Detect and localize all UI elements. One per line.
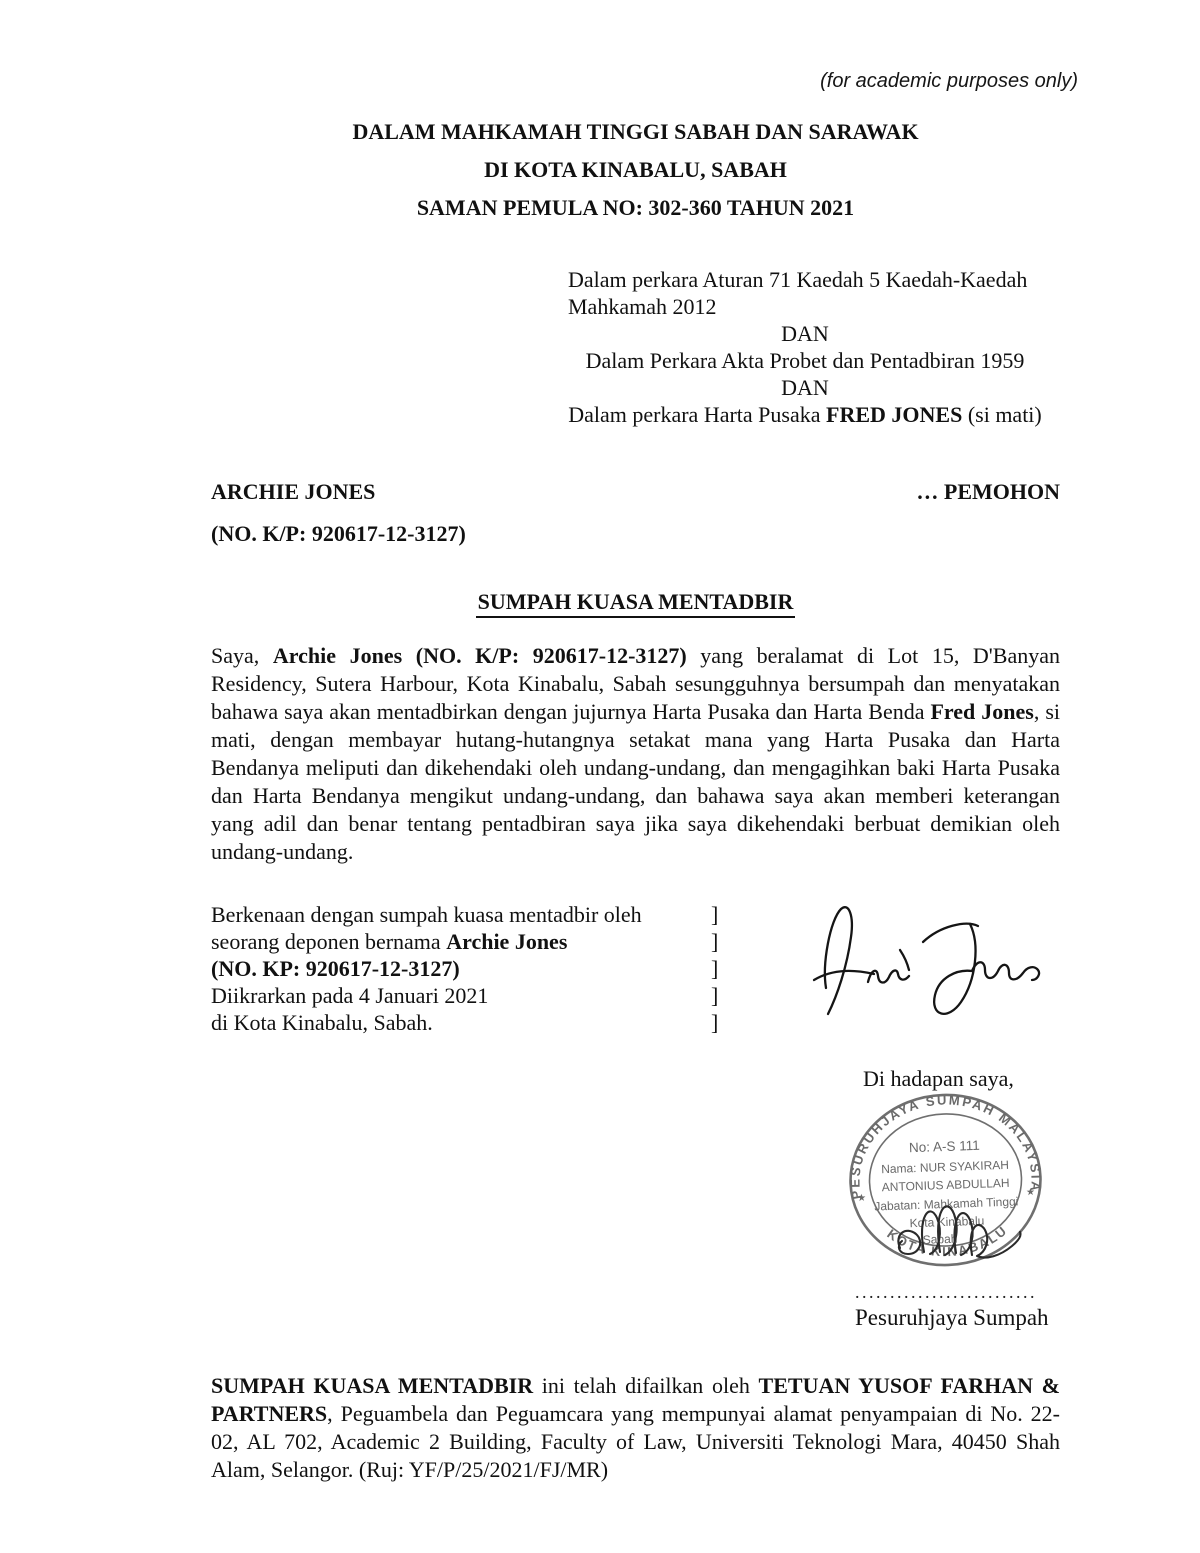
applicant-name: ARCHIE JONES <box>211 479 375 505</box>
commissioner-role-label: Pesuruhjaya Sumpah <box>855 1305 1049 1331</box>
attestation-row: Diikrarkan pada 4 Januari 2021 ] <box>211 982 751 1009</box>
applicant-id-number: (NO. K/P: 920617-12-3127) <box>211 521 466 547</box>
stamp-name-line1: Nama: NUR SYAKIRAH <box>881 1158 1009 1176</box>
court-heading-line1: DALAM MAHKAMAH TINGGI SABAH DAN SARAWAK <box>211 119 1060 145</box>
court-heading-line2: DI KOTA KINABALU, SABAH <box>211 157 1060 183</box>
star-icon: ★ <box>857 1193 866 1204</box>
commissioner-signature <box>890 1188 1040 1273</box>
before-me-label: Di hadapan saya, <box>863 1066 1014 1092</box>
document-title: SUMPAH KUASA MENTADBIR <box>476 589 796 618</box>
attestation-row: (NO. KP: 920617-12-3127) ] <box>211 955 751 982</box>
attestation-text: di Kota Kinabalu, Sabah. <box>211 1010 433 1035</box>
attestation-text: Diikrarkan pada 4 Januari 2021 <box>211 983 488 1008</box>
jurat-bracket: ] <box>711 928 718 955</box>
applicant-signature <box>810 892 1045 1032</box>
document-page: (for academic purposes only) DALAM MAHKA… <box>0 0 1200 1553</box>
attestation-row: seorang deponen bernama Archie Jones ] <box>211 928 751 955</box>
stamp-commissioner-no: No: A-S 111 <box>909 1138 980 1155</box>
oath-paragraph: Saya, Archie Jones (NO. K/P: 920617-12-3… <box>211 642 1060 866</box>
jurat-bracket: ] <box>711 955 718 982</box>
matter-line-4: Dalam Perkara Akta Probet dan Pentadbira… <box>568 347 1042 374</box>
party-row: ARCHIE JONES … PEMOHON <box>211 479 1060 505</box>
matter-line-1: Dalam perkara Aturan 71 Kaedah 5 Kaedah-… <box>568 266 1042 293</box>
matter-line-5: DAN <box>568 374 1042 401</box>
attestation-text: seorang deponen bernama Archie Jones <box>211 929 567 954</box>
applicant-role: … PEMOHON <box>916 479 1060 505</box>
matter-line-6: Dalam perkara Harta Pusaka FRED JONES (s… <box>568 401 1042 428</box>
jurat-bracket: ] <box>711 1009 718 1036</box>
jurat-bracket: ] <box>711 982 718 1009</box>
academic-purposes-note: (for academic purposes only) <box>820 70 1078 93</box>
attestation-text: (NO. KP: 920617-12-3127) <box>211 956 460 981</box>
matter-line-3: DAN <box>568 320 1042 347</box>
jurat-bracket: ] <box>711 901 718 928</box>
attestation-row: Berkenaan dengan sumpah kuasa mentadbir … <box>211 901 751 928</box>
filing-paragraph: SUMPAH KUASA MENTADBIR ini telah difailk… <box>211 1372 1060 1484</box>
attestation-block: Berkenaan dengan sumpah kuasa mentadbir … <box>211 901 751 1036</box>
attestation-row: di Kota Kinabalu, Sabah. ] <box>211 1009 751 1036</box>
document-title-wrap: SUMPAH KUASA MENTADBIR <box>211 589 1060 618</box>
signature-dotted-line: .......................... <box>855 1282 1037 1303</box>
in-the-matter-block: Dalam perkara Aturan 71 Kaedah 5 Kaedah-… <box>568 266 1042 428</box>
matter-line-2: Mahkamah 2012 <box>568 293 1042 320</box>
attestation-text: Berkenaan dengan sumpah kuasa mentadbir … <box>211 902 642 927</box>
case-number-heading: SAMAN PEMULA NO: 302-360 TAHUN 2021 <box>211 195 1060 221</box>
